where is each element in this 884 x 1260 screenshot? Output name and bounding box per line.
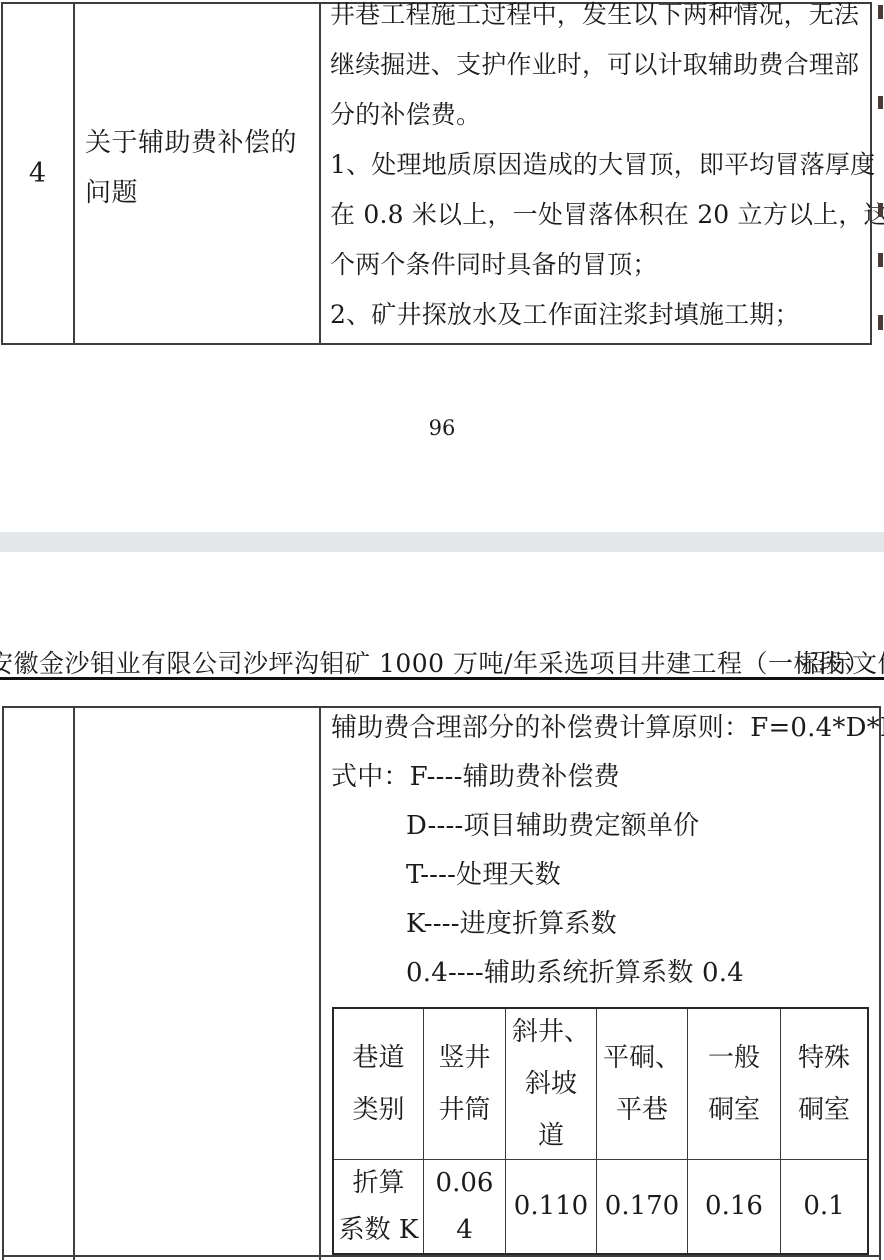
formula-cell: 辅助费合理部分的补偿费计算原则：F=0.4*D*K*T 式中：F----辅助费补… (331, 704, 879, 998)
header-rule (0, 677, 884, 680)
header-line: 平硐、 (603, 1032, 681, 1084)
value-line: 0.1 (803, 1183, 844, 1230)
content-line: 分的补偿费。 (330, 90, 874, 140)
value-line: 4 (456, 1207, 473, 1254)
table2-col1-border (73, 706, 75, 1260)
content-line: 继续掘进、支护作业时，可以计取辅助费合理部 (330, 40, 874, 90)
header-line: 道 (538, 1110, 564, 1162)
value-line: 0.170 (605, 1183, 679, 1230)
cutoff-text-fragment (878, 96, 883, 109)
table1-col2-border (319, 2, 321, 345)
header-line: 硐室 (708, 1084, 760, 1136)
coef-value-general-chamber: 0.16 (688, 1160, 781, 1253)
content-line: 2、矿井探放水及工作面注浆封填施工期； (330, 290, 874, 340)
header-line: 竖井 (438, 1032, 490, 1084)
table1-bottom-border (1, 343, 871, 345)
coef-value-special-chamber: 0.1 (781, 1160, 867, 1253)
row-topic-cell: 关于辅助费补偿的 问题 (85, 118, 317, 218)
coefficient-table: 巷道 类别 竖井 井筒 斜井、 斜坡 道 平硐、 平巷 一般 硐室 特殊 (332, 1007, 869, 1255)
formula-line: 辅助费合理部分的补偿费计算原则：F=0.4*D*K*T (331, 704, 879, 753)
table2-col2-border (319, 706, 321, 1260)
topic-line: 问题 (85, 168, 317, 218)
cutoff-text-fragment (878, 203, 883, 217)
topic-line: 关于辅助费补偿的 (85, 118, 317, 168)
header-line: 斜井、 (512, 1006, 590, 1058)
page-separator (0, 532, 884, 552)
label-line: 系数 K (339, 1207, 419, 1254)
document-viewer: 4 关于辅助费补偿的 问题 井巷工程施工过程中，发生以下两种情况，无法 继续掘进… (0, 0, 884, 1260)
coef-header-adit-drift: 平硐、 平巷 (597, 1009, 688, 1160)
cutoff-text-fragment (878, 253, 883, 267)
header-line: 平巷 (616, 1084, 668, 1136)
coef-value-adit-drift: 0.170 (597, 1160, 688, 1253)
formula-line: D----项目辅助费定额单价 (331, 802, 879, 851)
content-line: 个两个条件同时具备的冒顶； (330, 240, 874, 290)
coef-row-label: 折算 系数 K (334, 1160, 424, 1253)
coef-header-vertical-shaft: 竖井 井筒 (424, 1009, 506, 1160)
label-line: 折算 (352, 1160, 404, 1207)
coef-header-roadway-type: 巷道 类别 (334, 1009, 424, 1160)
table2-left-border (2, 706, 4, 1260)
header-line: 特殊 (798, 1032, 850, 1084)
value-line: 0.16 (705, 1183, 763, 1230)
coef-header-special-chamber: 特殊 硐室 (781, 1009, 867, 1160)
table2-row-border (2, 1255, 881, 1257)
header-line: 巷道 (352, 1032, 404, 1084)
table1-col1-border (73, 2, 75, 345)
header-doc-type: 招标文件 (801, 644, 884, 680)
value-line: 0.06 (436, 1160, 494, 1207)
formula-line: K----进度折算系数 (331, 900, 879, 949)
formula-line: 0.4----辅助系统折算系数 0.4 (331, 949, 879, 998)
header-line: 一般 (708, 1032, 760, 1084)
value-line: 0.110 (514, 1183, 588, 1230)
row-serial-number: 4 (2, 3, 73, 343)
row-content-cell: 井巷工程施工过程中，发生以下两种情况，无法 继续掘进、支护作业时，可以计取辅助费… (330, 0, 874, 340)
table2-right-border (879, 706, 881, 1260)
formula-line: T----处理天数 (331, 851, 879, 900)
cutoff-text-fragment (878, 5, 883, 19)
formula-line: 式中：F----辅助费补偿费 (331, 753, 879, 802)
page-number: 96 (0, 416, 884, 440)
content-line: 1、处理地质原因造成的大冒顶，即平均冒落厚度 (330, 140, 874, 190)
coef-header-inclined-shaft: 斜井、 斜坡 道 (506, 1009, 597, 1160)
header-line: 斜坡 (525, 1058, 577, 1110)
content-line: 井巷工程施工过程中，发生以下两种情况，无法 (330, 0, 874, 40)
header-line: 井筒 (438, 1084, 490, 1136)
coef-value-inclined-shaft: 0.110 (506, 1160, 597, 1253)
header-project-title: 安徽金沙钼业有限公司沙坪沟钼矿 1000 万吨/年采选项目井建工程（一标段） (0, 644, 870, 680)
header-line: 类别 (352, 1084, 404, 1136)
cutoff-text-fragment (878, 315, 883, 330)
header-line: 硐室 (798, 1084, 850, 1136)
coef-header-general-chamber: 一般 硐室 (688, 1009, 781, 1160)
coef-value-vertical-shaft: 0.06 4 (424, 1160, 506, 1253)
content-line: 在 0.8 米以上，一处冒落体积在 20 立方以上，这 (330, 190, 874, 240)
